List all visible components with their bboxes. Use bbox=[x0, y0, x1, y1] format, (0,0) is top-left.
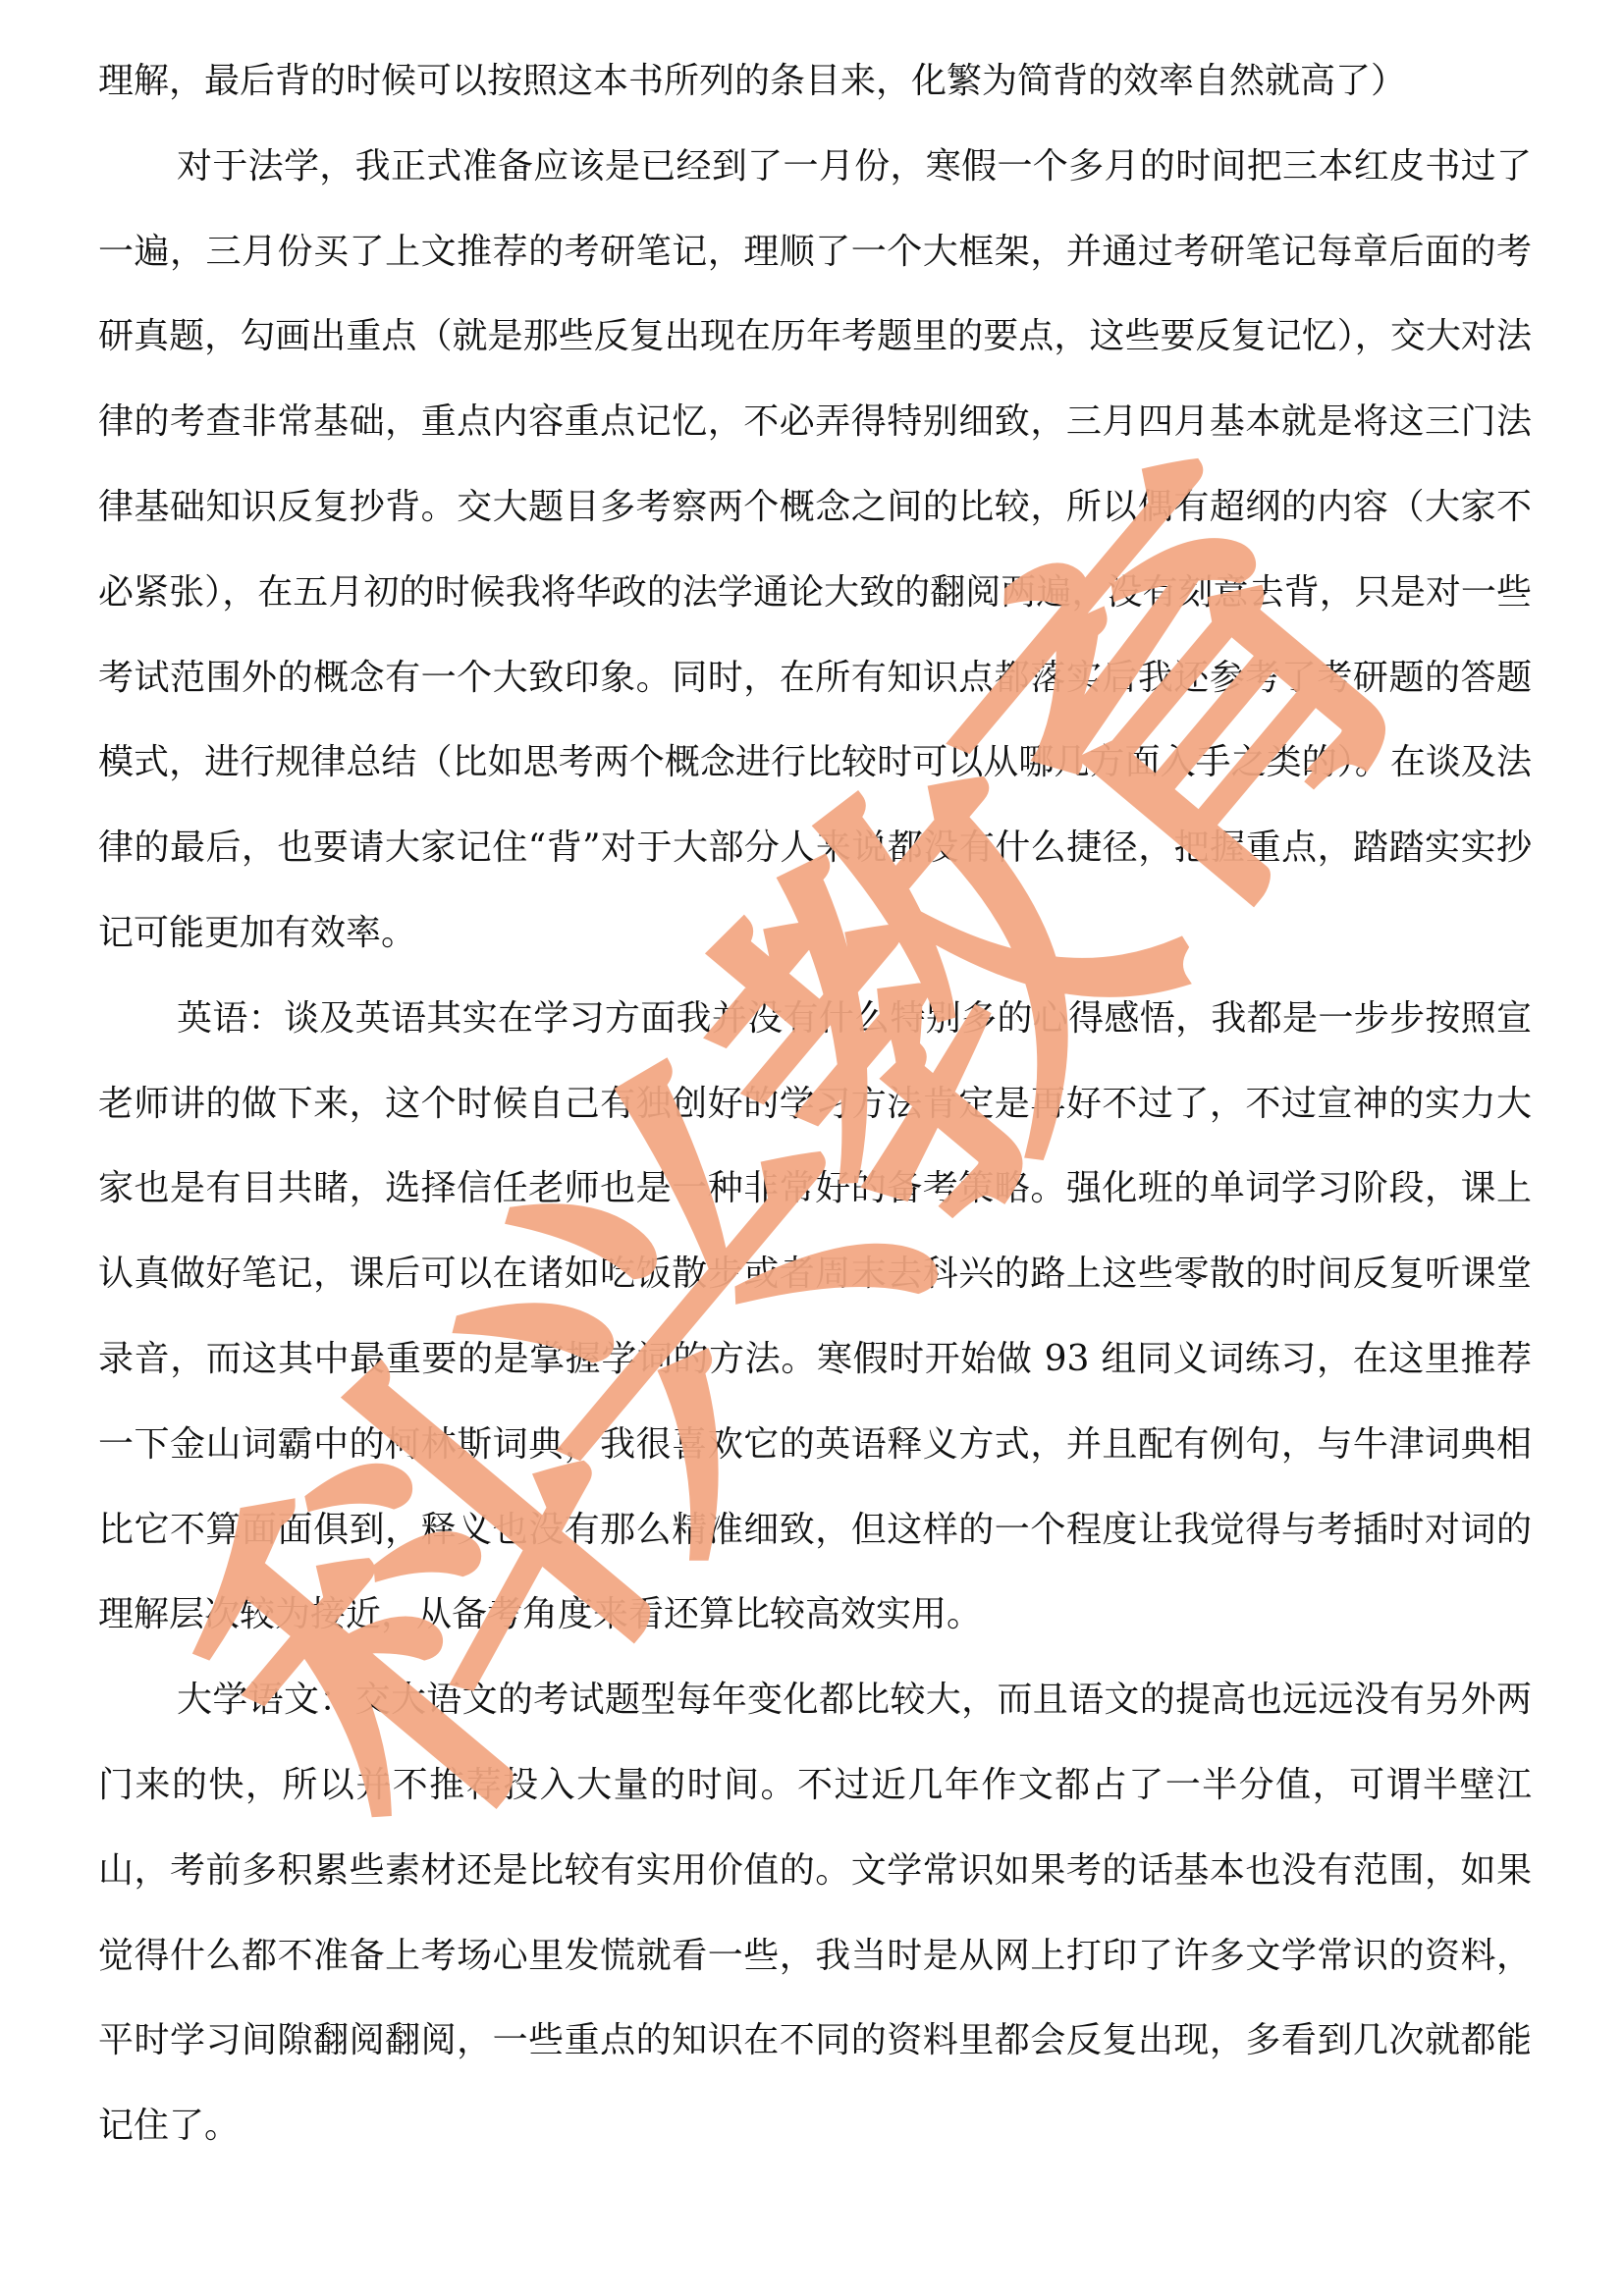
paragraph-law: 对于法学，我正式准备应该是已经到了一月份，寒假一个多月的时间把三本红皮书过了一遍… bbox=[98, 125, 1532, 977]
paragraph-continuation: 理解，最后背的时候可以按照这本书所列的条目来，化繁为简背的效率自然就高了） bbox=[98, 39, 1532, 125]
document-page: 理解，最后背的时候可以按照这本书所列的条目来，化繁为简背的效率自然就高了） 对于… bbox=[0, 0, 1624, 2296]
document-body: 理解，最后背的时候可以按照这本书所列的条目来，化繁为简背的效率自然就高了） 对于… bbox=[98, 39, 1532, 2169]
paragraph-chinese: 大学语文：交大语文的考试题型每年变化都比较大，而且语文的提高也远远没有另外两门来… bbox=[98, 1658, 1532, 2169]
paragraph-english: 英语：谈及英语其实在学习方面我并没有什么特别多的心得感悟，我都是一步步按照宣老师… bbox=[98, 977, 1532, 1658]
